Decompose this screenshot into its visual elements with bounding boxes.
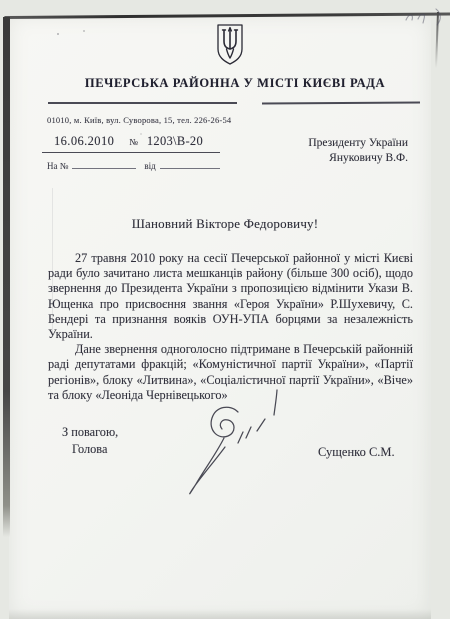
ukraine-trident-emblem (213, 22, 247, 66)
header-divider-left (48, 102, 237, 104)
reply-number-blank (72, 157, 136, 169)
scan-specks (57, 33, 59, 35)
reply-number-label: На № (47, 161, 68, 171)
recipient-name: Януковичу В.Ф. (275, 151, 408, 166)
reply-from-label: від (144, 161, 155, 171)
closing-block: З повагою, Голова (62, 424, 118, 458)
body-paragraph-1: 27 травня 2010 року на сесії Печерської … (48, 251, 413, 342)
closing-position: Голова (62, 441, 118, 458)
reply-date-blank (160, 157, 220, 169)
number-sign: № (129, 137, 138, 147)
handwritten-signature (178, 380, 290, 502)
reference-line: 16.06.2010 № 1203\В-20 (42, 134, 220, 153)
recipient-title: Президенту України (275, 136, 408, 151)
scanned-letter: ПЕЧЕРСЬКА РАЙОННА У МІСТІ КИЄВІ РАДА 010… (0, 0, 450, 619)
letter-number: 1203\В-20 (147, 134, 203, 149)
reply-reference-line: На № від (47, 157, 220, 171)
recipient-block: Президенту України Януковичу В.Ф. (275, 136, 408, 166)
pen-squiggle-top-right (402, 4, 448, 28)
council-address: 01010, м. Київ, вул. Суворова, 15, тел. … (47, 115, 231, 125)
salutation: Шановний Вікторе Федоровичу! (45, 216, 405, 232)
closing-regards: З повагою, (62, 424, 118, 441)
scan-edge-left (3, 17, 10, 537)
letter-date: 16.06.2010 (54, 134, 114, 149)
council-title: ПЕЧЕРСЬКА РАЙОННА У МІСТІ КИЄВІ РАДА (45, 76, 425, 91)
signer-name: Сущенко С.М. (318, 445, 395, 460)
